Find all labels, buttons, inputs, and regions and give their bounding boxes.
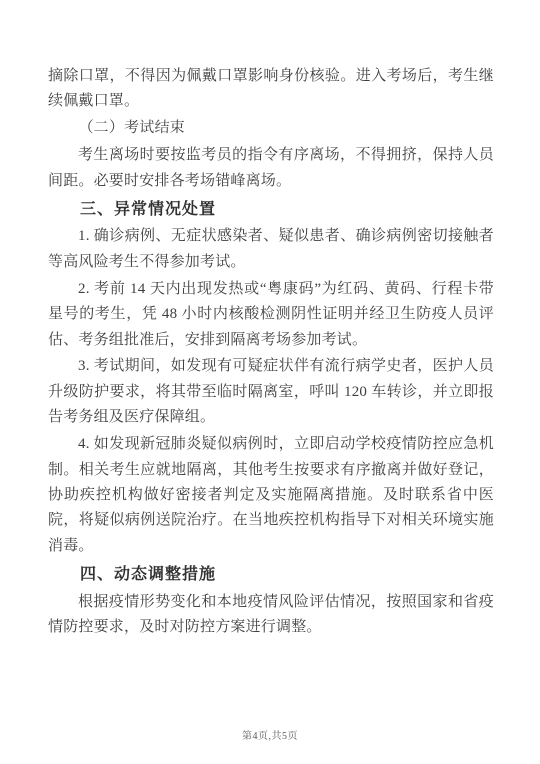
- body-paragraph: 3. 考试期间，如发现有可疑症状伴有流行病学史者，医护人员升级防护要求，将其带至…: [48, 354, 494, 430]
- section-heading-4: 四、动态调整措施: [48, 562, 494, 587]
- body-paragraph: 4. 如发现新冠肺炎疑似病例时，立即启动学校疫情防控应急机制。相关考生应就地隔离…: [48, 432, 494, 559]
- sub-section-heading: （二）考试结束: [48, 116, 495, 141]
- body-paragraph: 考生离场时要按监考员的指令有序离场，不得拥挤，保持人员间距。必要时安排各考场错峰…: [48, 143, 494, 194]
- body-paragraph: 根据疫情形势变化和本地疫情风险评估情况，按照国家和省疫情防控要求，及时对防控方案…: [48, 590, 494, 641]
- section-heading-3: 三、异常情况处置: [48, 197, 494, 222]
- document-page: 摘除口罩，不得因为佩戴口罩影响身份核验。进入考场后，考生继续佩戴口罩。 （二）考…: [0, 0, 540, 764]
- document-body: 摘除口罩，不得因为佩戴口罩影响身份核验。进入考场后，考生继续佩戴口罩。 （二）考…: [48, 64, 494, 642]
- body-paragraph: 摘除口罩，不得因为佩戴口罩影响身份核验。进入考场后，考生继续佩戴口罩。: [48, 64, 494, 115]
- page-number: 第4页,共5页: [0, 727, 540, 742]
- body-paragraph: 2. 考前 14 天内出现发热或“粤康码”为红码、黄码、行程卡带星号的考生，凭 …: [48, 277, 494, 353]
- body-paragraph: 1. 确诊病例、无症状感染者、疑似患者、确诊病例密切接触者等高风险考生不得参加考…: [48, 224, 494, 275]
